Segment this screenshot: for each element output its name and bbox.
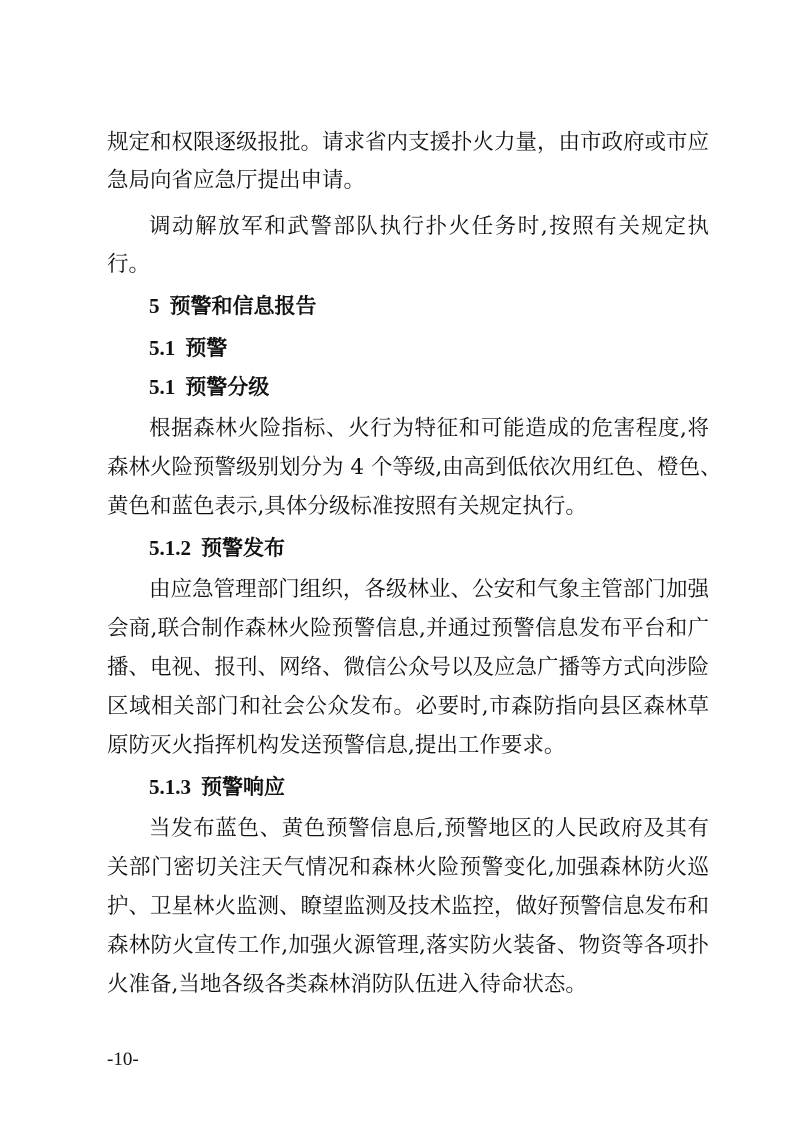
paragraph-line: 根据森林火险指标、火行为特征和可能造成的危害程度,将	[149, 414, 709, 444]
paragraph-line: 播、电视、报刊、网络、微信公众号以及应急广播等方式向涉险	[107, 653, 709, 683]
paragraph-line: 调动解放军和武警部队执行扑火任务时,按照有关规定执	[149, 212, 709, 242]
paragraph-line: 森林防火宣传工作,加强火源管理,落实防火装备、物资等各项扑	[107, 931, 709, 961]
heading-title: 预警分级	[185, 375, 269, 399]
section-heading-5-1-3: 5.1.3预警响应	[149, 772, 285, 802]
document-page: 规定和权限逐级报批。请求省内支援扑火力量，由市政府或市应 急局向省应急厅提出申请…	[0, 0, 793, 1122]
paragraph-line: 当发布蓝色、黄色预警信息后,预警地区的人民政府及其有	[149, 814, 709, 844]
heading-number: 5.1	[149, 375, 175, 399]
paragraph-line: 区域相关部门和社会公众发布。必要时,市森防指向县区森林草	[107, 692, 709, 722]
section-heading-5-1-2: 5.1.2预警发布	[149, 533, 285, 563]
paragraph-line: 由应急管理部门组织，各级林业、公安和气象主管部门加强	[149, 575, 709, 605]
heading-title: 预警发布	[201, 536, 285, 560]
heading-title: 预警响应	[201, 775, 285, 799]
paragraph-line: 黄色和蓝色表示,具体分级标准按照有关规定执行。	[107, 492, 709, 522]
paragraph-line: 火准备,当地各级各类森林消防队伍进入待命状态。	[107, 970, 709, 1000]
heading-title: 预警	[185, 336, 227, 360]
paragraph-line: 急局向省应急厅提出申请。	[107, 166, 709, 196]
section-heading-5-1: 5.1预警	[149, 333, 227, 363]
paragraph-line: 护、卫星林火监测、瞭望监测及技术监控，做好预警信息发布和	[107, 892, 709, 922]
section-heading-5: 5预警和信息报告	[149, 291, 317, 321]
heading-number: 5.1.3	[149, 775, 191, 799]
paragraph-line: 森林火险预警级别划分为 4 个等级,由高到低依次用红色、橙色、	[107, 453, 709, 483]
paragraph-line: 关部门密切关注天气情况和森林火险预警变化,加强森林防火巡	[107, 853, 709, 883]
heading-number: 5.1	[149, 336, 175, 360]
paragraph-line: 会商,联合制作森林火险预警信息,并通过预警信息发布平台和广	[107, 614, 709, 644]
section-heading-5-1-1: 5.1预警分级	[149, 372, 269, 402]
heading-number: 5.1.2	[149, 536, 191, 560]
heading-number: 5	[149, 294, 160, 318]
paragraph-line: 规定和权限逐级报批。请求省内支援扑火力量，由市政府或市应	[107, 128, 709, 158]
heading-title: 预警和信息报告	[170, 294, 317, 318]
paragraph-line: 原防灭火指挥机构发送预警信息,提出工作要求。	[107, 731, 709, 761]
paragraph-line: 行。	[107, 250, 709, 280]
page-number: -10-	[107, 1048, 139, 1072]
